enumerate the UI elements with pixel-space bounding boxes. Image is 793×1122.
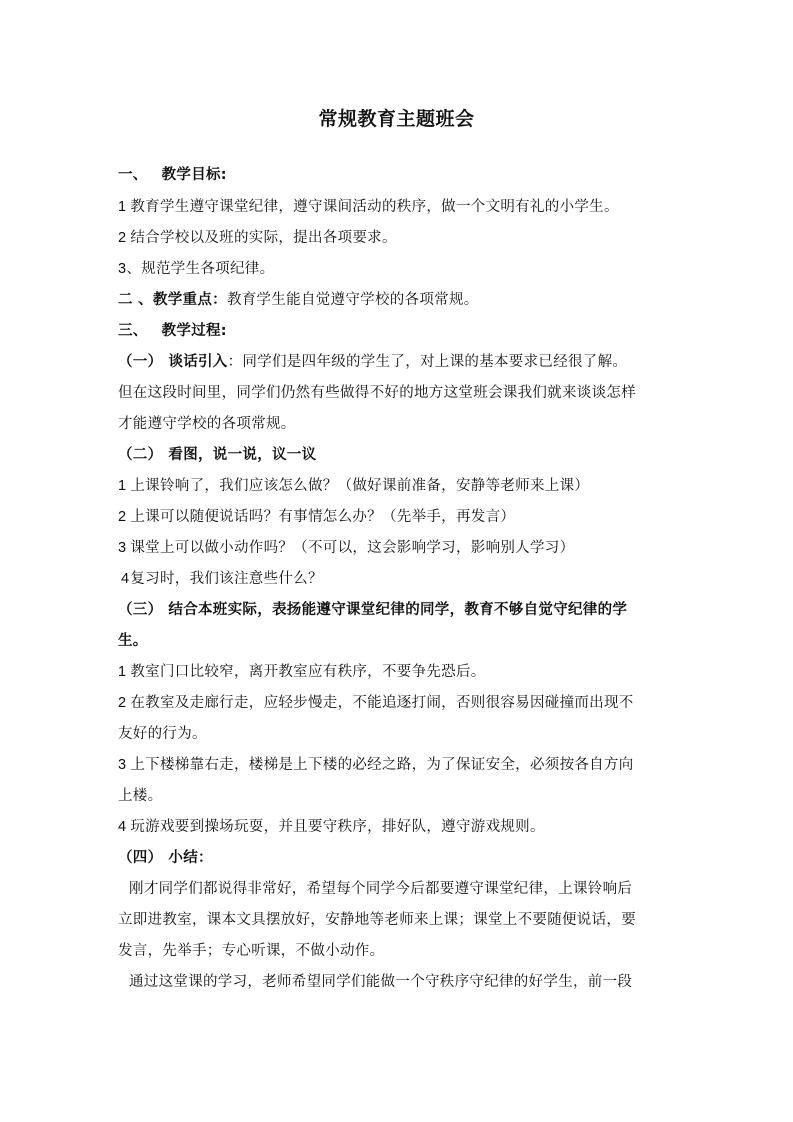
section-heading-process: 三、教学过程: — [118, 321, 678, 341]
summary-line: 发言，先举手；专心听课，不做小动作。 — [118, 941, 678, 961]
question-item: 2上课可以随便说话吗？有事情怎么办？（先举手，再发言） — [118, 507, 678, 527]
rule-item: 2在教室及走廊行走，应轻步慢走，不能追逐打闹，否则很容易因碰撞而出现不 — [118, 693, 678, 713]
part-heading-continued: 生。 — [118, 631, 678, 651]
section-heading: 教学重点： — [153, 292, 227, 308]
part-label: （四） — [118, 850, 162, 866]
paragraph-line: 才能遵守学校的各项常规。 — [118, 414, 678, 434]
objective-item: 1教育学生遵守课堂纪律，遵守课间活动的秩序，做一个文明有礼的小学生。 — [118, 197, 678, 217]
rule-item-continued: 上楼。 — [118, 786, 678, 806]
part-label: （三） — [118, 602, 162, 618]
summary-line: 通过这堂课的学习，老师希望同学们能做一个守秩序守纪律的好学生，前一段 — [129, 972, 689, 992]
section-text: 教育学生能自觉遵守学校的各项常规。 — [227, 292, 479, 308]
part-summary: （四）小结： — [118, 848, 678, 868]
part-heading: 小结： — [168, 850, 212, 866]
part-heading: 结合本班实际，表扬能遵守课堂纪律的同学，教育不够自觉守纪律的学 — [168, 602, 627, 618]
part-label: （一） — [118, 354, 162, 370]
paragraph-line: 但在这段时间里，同学们仍然有些做得不好的地方这堂班会课我们就来谈谈怎样 — [118, 383, 678, 403]
part-label: （二） — [118, 447, 162, 463]
question-item: 4复习时，我们该注意些什么？ — [121, 569, 681, 589]
question-item: 3课堂上可以做小动作吗？（不可以，这会影响学习，影响别人学习） — [118, 538, 678, 558]
section-label: 三、 — [118, 323, 148, 339]
section-label: 一、 — [118, 167, 148, 183]
section-key-point: 二 、教学重点：教育学生能自觉遵守学校的各项常规。 — [118, 290, 678, 310]
objective-item: 3、规范学生各项纪律。 — [118, 259, 678, 279]
rule-item: 1教室门口比较窄，离开教室应有秩序，不要争先恐后。 — [118, 662, 678, 682]
document-title: 常规教育主题班会 — [0, 104, 793, 131]
section-heading-objectives: 一、教学目标: — [118, 165, 678, 185]
document-page: 常规教育主题班会 一、教学目标: 1教育学生遵守课堂纪律，遵守课间活动的秩序，做… — [0, 0, 793, 1122]
section-heading: 教学过程: — [162, 323, 227, 339]
rule-item: 4玩游戏要到操场玩耍，并且要守秩序，排好队，遵守游戏规则。 — [118, 817, 678, 837]
section-heading: 教学目标: — [162, 167, 227, 183]
part-praise: （三）结合本班实际，表扬能遵守课堂纪律的同学，教育不够自觉守纪律的学 — [118, 600, 678, 620]
part-discuss: （二）看图，说一说，议一议 — [118, 445, 678, 465]
part-intro: （一）谈话引入：同学们是四年级的学生了，对上课的基本要求已经很了解。 — [118, 352, 678, 372]
objective-item: 2结合学校以及班的实际，提出各项要求。 — [118, 228, 678, 248]
rule-item-continued: 友好的行为。 — [118, 724, 678, 744]
part-heading: 谈话引入 — [168, 354, 227, 370]
question-item: 1上课铃响了，我们应该怎么做？（做好课前准备，安静等老师来上课） — [118, 476, 678, 496]
summary-line: 立即进教室，课本文具摆放好，安静地等老师来上课；课堂上不要随便说话，要 — [118, 910, 678, 930]
rule-item: 3上下楼梯靠右走，楼梯是上下楼的必经之路，为了保证安全，必须按各自方向 — [118, 755, 678, 775]
summary-line: 刚才同学们都说得非常好，希望每个同学今后都要遵守课堂纪律，上课铃响后 — [129, 879, 689, 899]
part-heading: 看图，说一说，议一议 — [168, 447, 316, 463]
section-label: 二 、 — [118, 292, 153, 308]
